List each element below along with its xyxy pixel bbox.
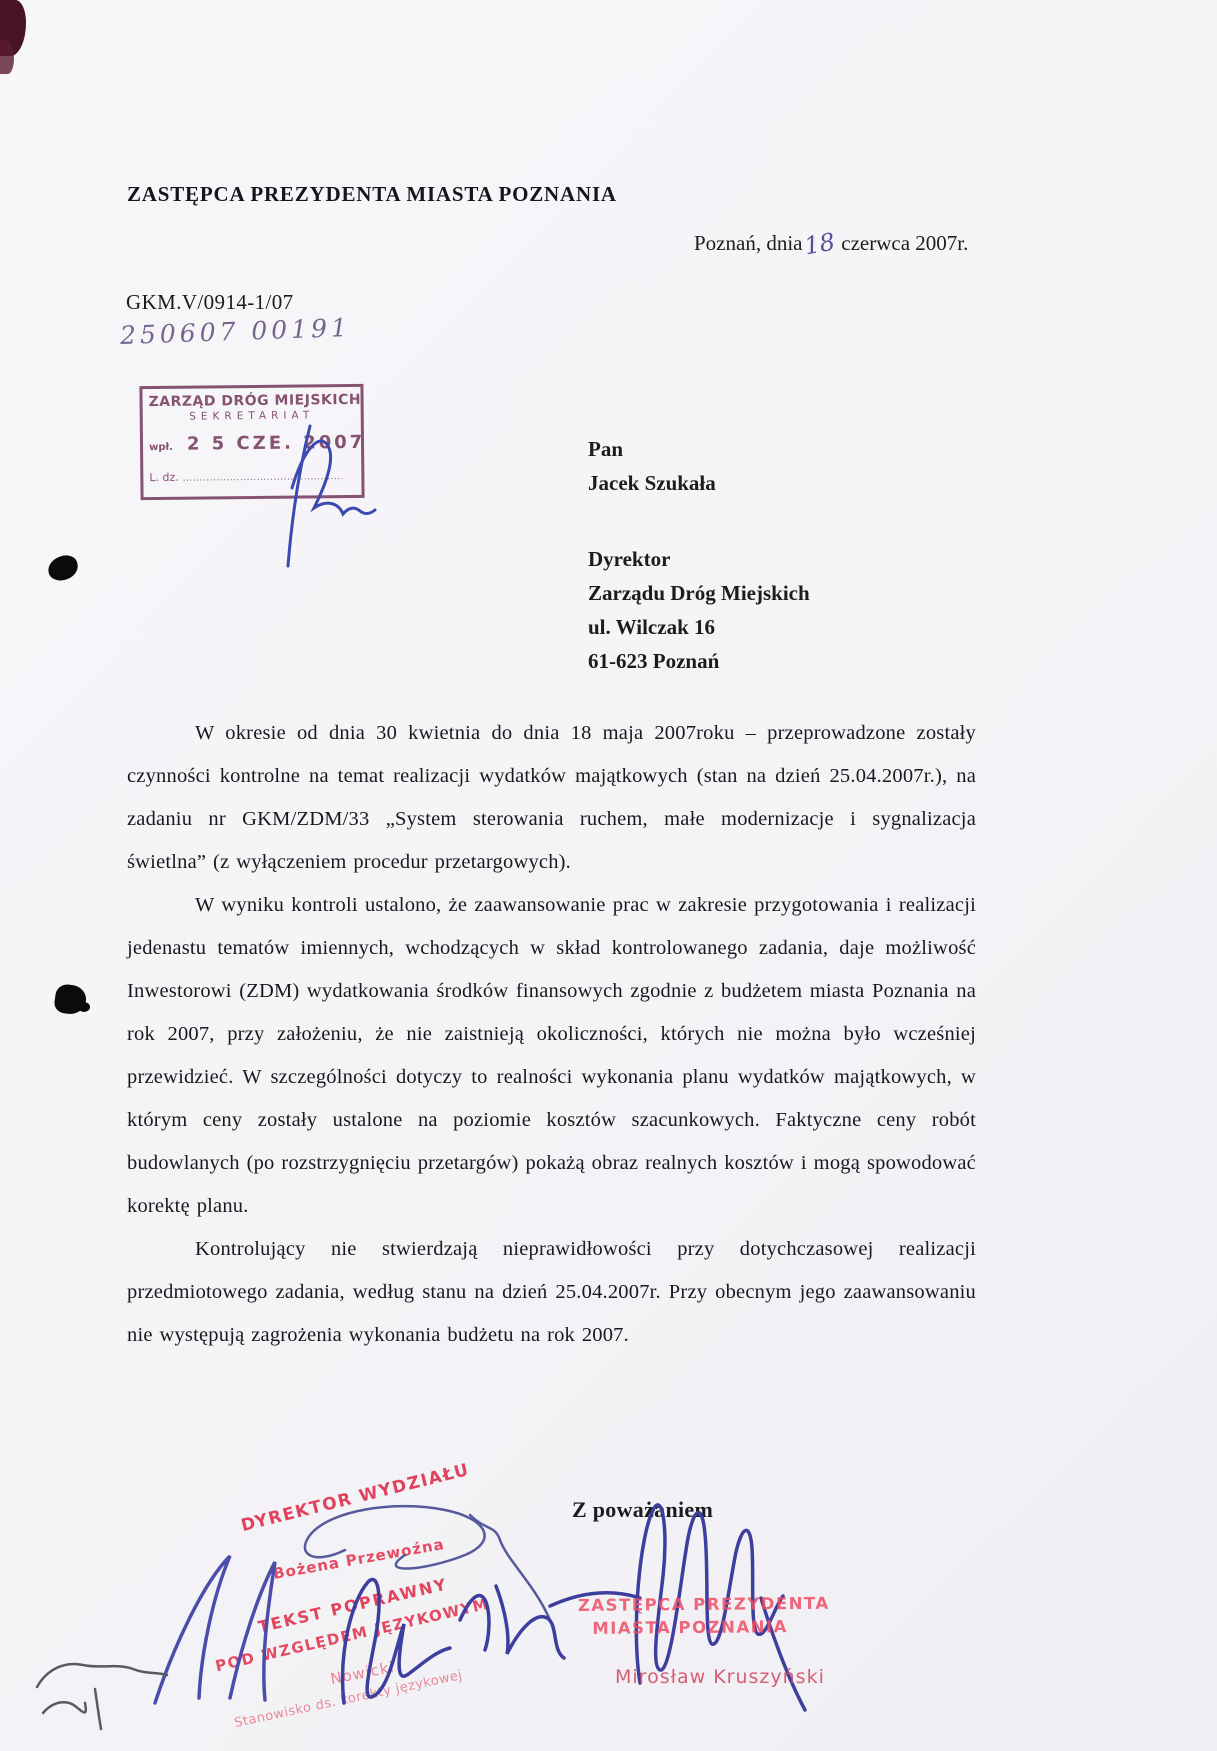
receipt-stamp-org: ZARZĄD DRÓG MIEJSKICH (148, 392, 354, 410)
sender-title: ZASTĘPCA PREZYDENTA MIASTA POZNANIA (127, 182, 617, 207)
addressee-street: ul. Wilczak 16 (588, 610, 810, 644)
scanned-letter-page: ZASTĘPCA PREZYDENTA MIASTA POZNANIA Pozn… (0, 0, 1217, 1751)
receipt-stamp-ldz-label: L. dz. (149, 471, 179, 484)
addressee-block: Pan Jacek Szukała Dyrektor Zarządu Dróg … (588, 432, 810, 678)
addressee-name: Jacek Szukała (588, 466, 810, 500)
deputy-mayor-stamp-line1: ZASTĘPCA PREZYDENTA (578, 1592, 802, 1617)
ink-blob (78, 1002, 90, 1012)
scan-corner-mark (0, 40, 14, 74)
deputy-mayor-stamp-line2: MIASTA POZNANIA (578, 1615, 802, 1640)
addressee-salutation: Pan (588, 432, 810, 466)
language-corrector-signature-ink (322, 1558, 572, 1718)
handwritten-day: 18 (803, 228, 838, 261)
ink-blob (46, 553, 80, 583)
handwritten-registry-number: 250607 00191 (120, 313, 352, 350)
body-paragraph-2: W wyniku kontroli ustalono, że zaawansow… (127, 884, 976, 1228)
receipt-signature-ink (248, 418, 378, 568)
body-paragraph-1: W okresie od dnia 30 kwietnia do dnia 18… (127, 712, 976, 884)
receipt-stamp-wpl-label: wpł. (149, 442, 173, 453)
letter-body: W okresie od dnia 30 kwietnia do dnia 18… (127, 712, 976, 1357)
reference-number: GKM.V/0914-1/07 (126, 290, 294, 315)
date-line: Poznań, dnia18 czerwca 2007r. (694, 228, 968, 256)
deputy-mayor-stamp: ZASTĘPCA PREZYDENTA MIASTA POZNANIA (578, 1592, 802, 1640)
pencil-annotation-scribble (25, 1645, 185, 1735)
deputy-mayor-name: Mirosław Kruszyński (615, 1666, 825, 1688)
body-paragraph-3: Kontrolujący nie stwierdzają nieprawidło… (127, 1228, 976, 1357)
date-prefix: Poznań, dnia (694, 231, 802, 255)
addressee-city: 61-623 Poznań (588, 644, 810, 678)
addressee-position: Dyrektor (588, 542, 810, 576)
addressee-organization: Zarządu Dróg Miejskich (588, 576, 810, 610)
date-suffix: czerwca 2007r. (841, 231, 968, 255)
